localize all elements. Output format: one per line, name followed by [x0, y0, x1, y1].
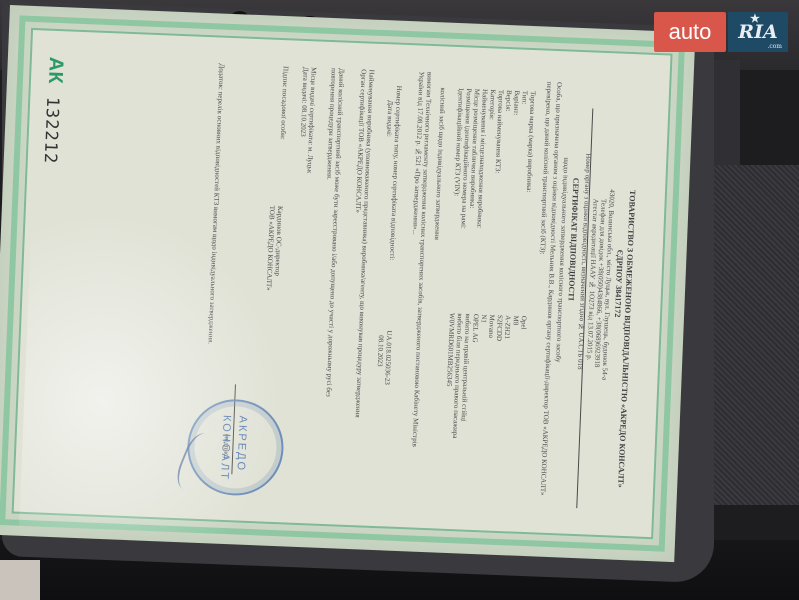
field-value: M8	[512, 315, 519, 325]
date-label: Дата видачі:	[385, 100, 393, 137]
series-letters: АК	[43, 56, 67, 84]
field-label: Категорія:	[488, 89, 496, 120]
field-label: Варіант:	[512, 90, 520, 115]
seat-fabric	[700, 165, 799, 505]
date-value: 08.10.2023	[376, 335, 384, 367]
signatory-label: Підпис посадової особи:	[279, 66, 289, 140]
header-line: ЄДРПОУ 38417172	[613, 250, 624, 318]
field-value: N1	[480, 314, 487, 323]
field-value: Movano	[487, 314, 495, 338]
field-value: Opel	[519, 316, 527, 330]
header-line: ТОВАРИСТВО З ОБМЕЖЕНОЮ ВІДПОВІДАЛЬНІСТЮ …	[616, 190, 636, 488]
star-icon: ★	[750, 12, 760, 25]
field-label: Тип:	[520, 91, 528, 105]
certificate-series: АК 132212	[38, 46, 74, 207]
field-label: Версія:	[504, 90, 512, 112]
logo-ria: ★ RIA .com	[728, 12, 788, 52]
logo-auto: auto	[654, 12, 726, 52]
field-value: A-ZH21	[503, 315, 511, 339]
field-value: S2FCDD	[495, 315, 503, 341]
issue-date: Дата видачі: 08.10.2023	[299, 67, 309, 137]
series-number: 132212	[40, 96, 63, 164]
field-value: OPEL AG	[471, 314, 479, 343]
floor-corner	[0, 560, 40, 600]
logo-com: .com	[767, 43, 782, 50]
autoria-watermark: auto ★ RIA .com	[654, 12, 790, 56]
certificate-document: АК 132212 ТОВАРИСТВО З ОБМЕЖЕНОЮ ВІДПОВІ…	[0, 5, 695, 562]
field-label: Торгова марка (марка) виробника:	[525, 91, 536, 193]
light-glare	[19, 206, 292, 536]
compliance-line: колісний засіб щодо індивідуального затв…	[433, 87, 446, 240]
